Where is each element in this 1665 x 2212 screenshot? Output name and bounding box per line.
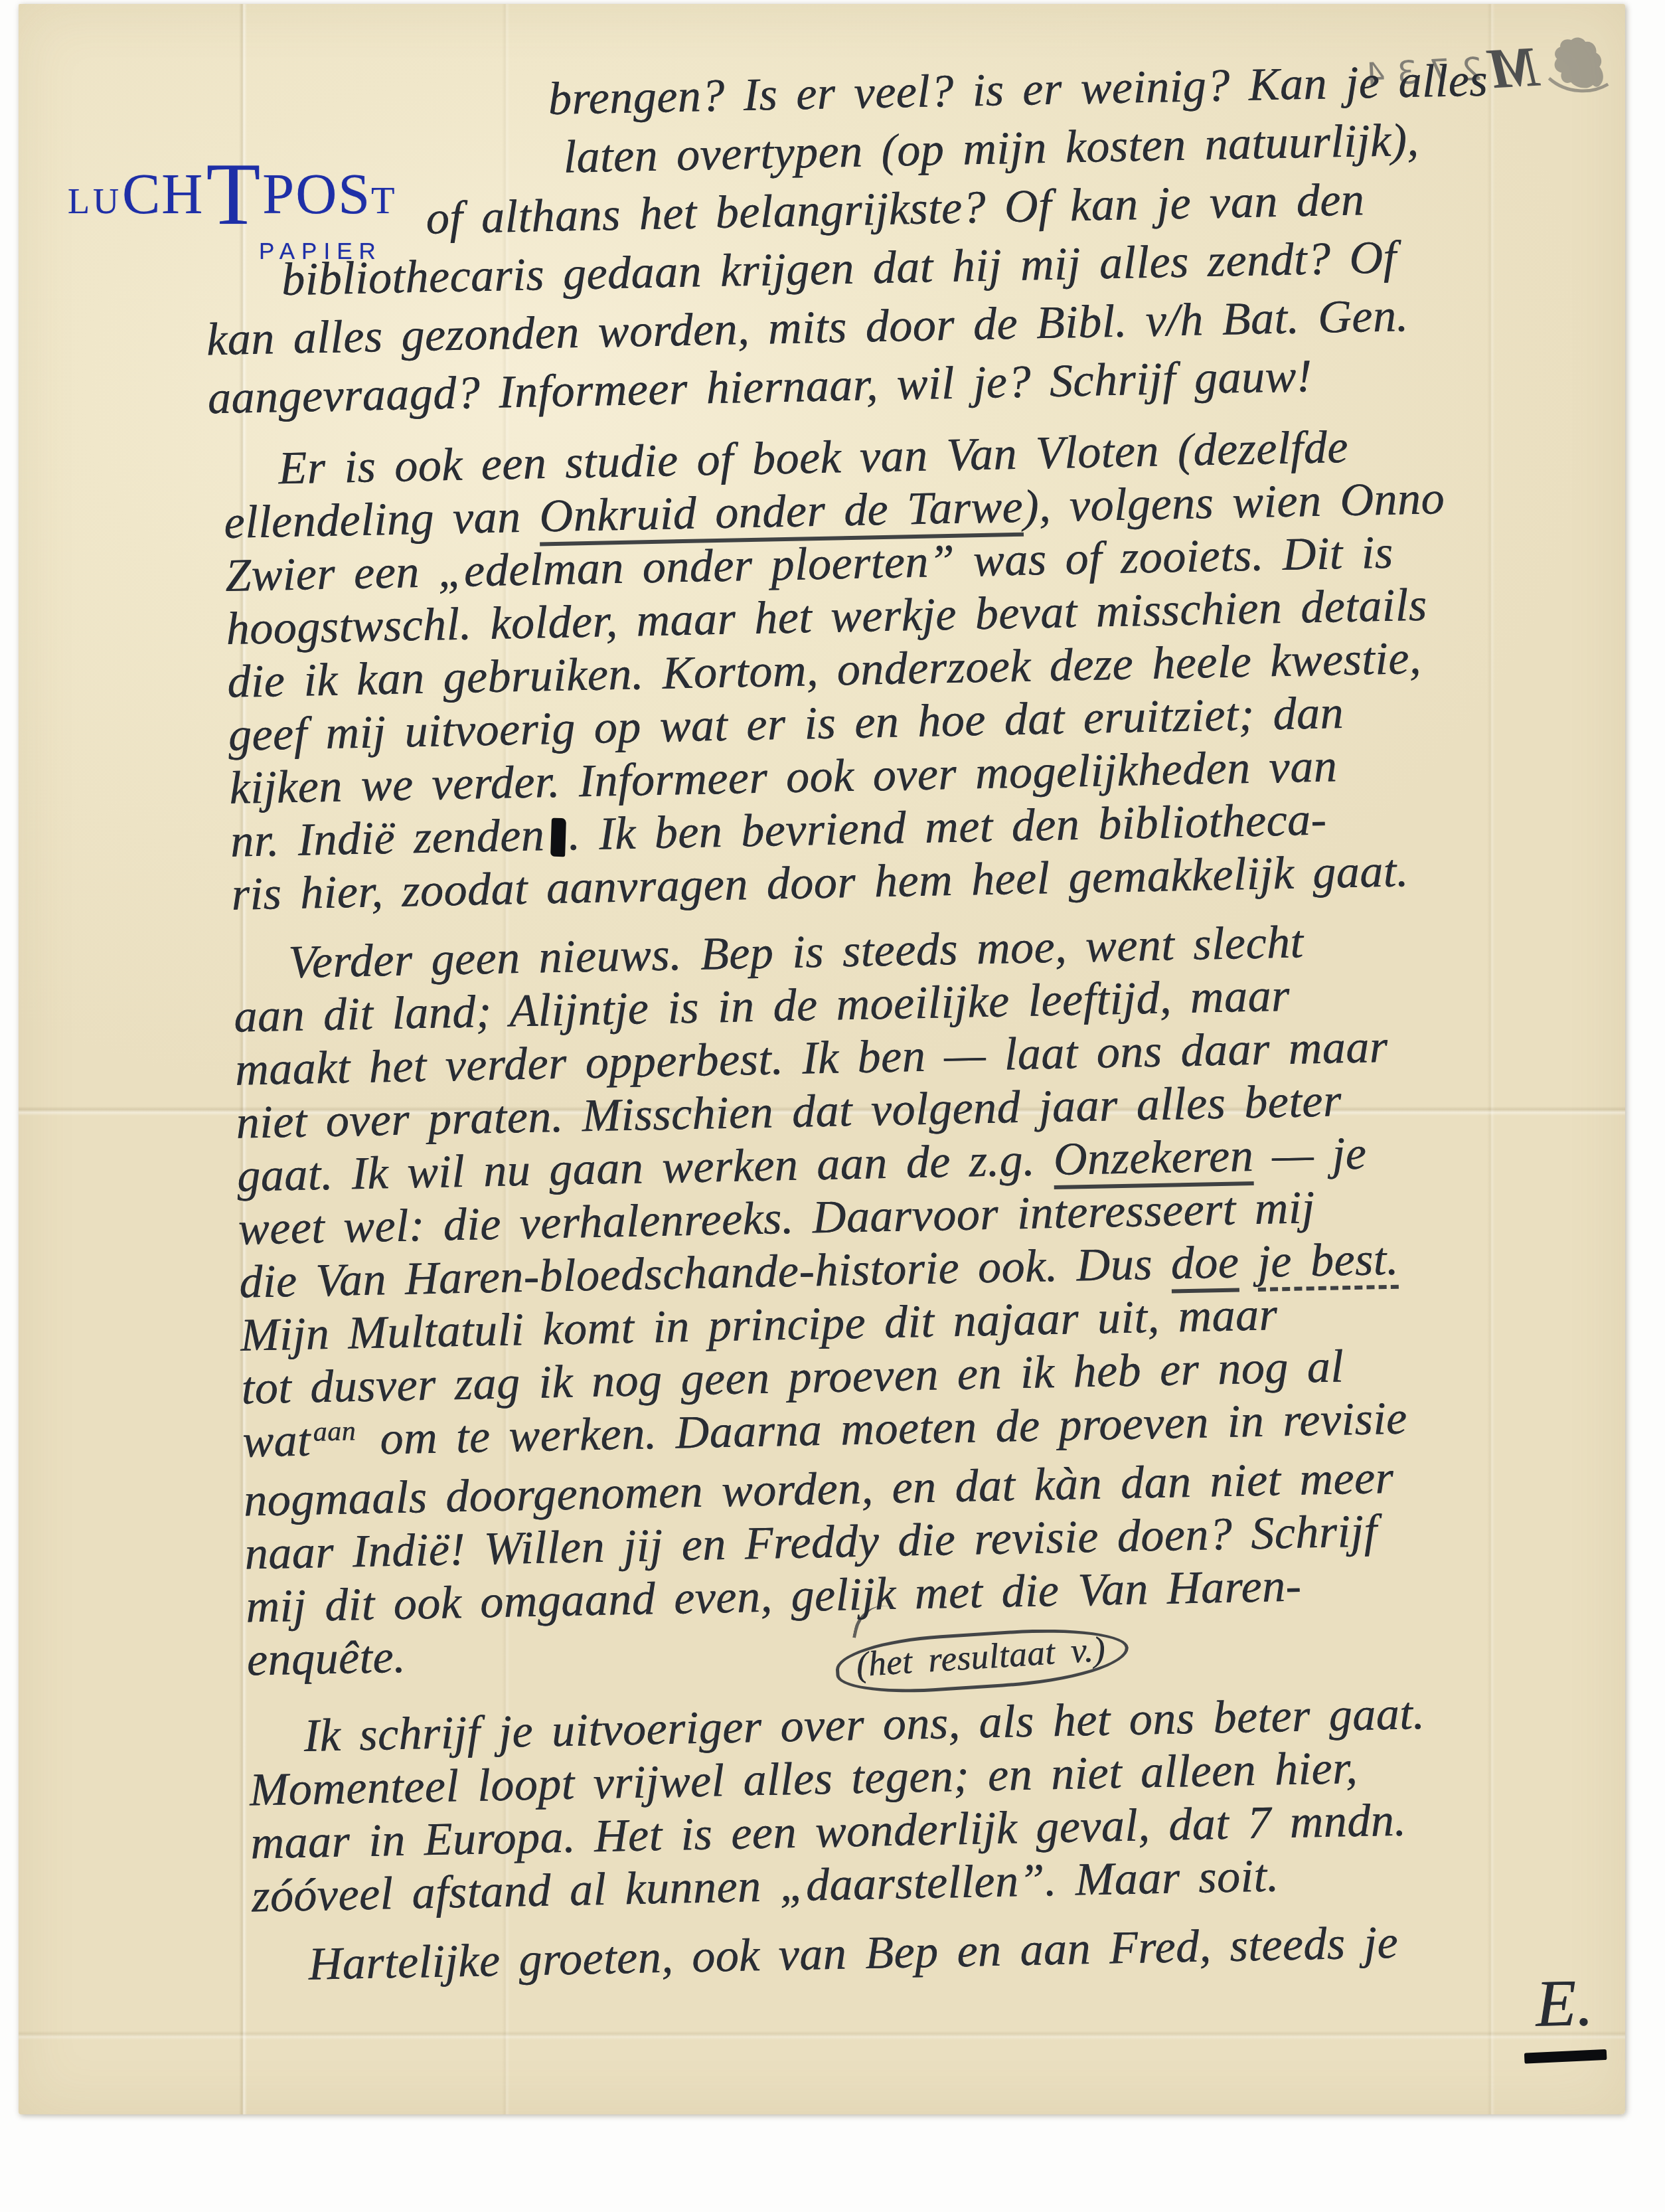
text-run: enquête. xyxy=(246,1632,406,1686)
ink-blot xyxy=(550,818,566,857)
signature-underline xyxy=(1524,2049,1607,2064)
text-run: je best. xyxy=(1257,1234,1399,1292)
text-run: doe xyxy=(1170,1236,1239,1293)
letter-paragraph: Verder geen nieuws. Bep is steeds moe, w… xyxy=(232,910,1633,1695)
text-run: Onzekeren xyxy=(1053,1130,1254,1189)
text-run: nr. Indië zenden xyxy=(230,809,545,867)
text-run: (het resultaat v.) xyxy=(834,1623,1131,1697)
signature: E. xyxy=(1535,1970,1594,2037)
signature-block: E. xyxy=(1523,1969,1607,2062)
text-run: ellendeling van xyxy=(224,491,540,549)
text-run xyxy=(1238,1236,1258,1288)
text-run: — je xyxy=(1253,1128,1367,1181)
letter-paragraph: Ik schrijf je uitvoeriger over ons, als … xyxy=(248,1683,1638,1924)
text-run: aan xyxy=(313,1404,357,1458)
text-run: ), volgens wien Onno xyxy=(1022,473,1445,533)
text-run: wat xyxy=(242,1415,311,1468)
letter-body: brengen? Is er veel? is er weinig? Kan j… xyxy=(19,48,1665,2092)
scanned-letter-page: LUCHTPOST PAPIER M 2734 brengen? Is er v… xyxy=(0,0,1665,2212)
letter-paragraph: Er is ook een studie of boek van Van Vlo… xyxy=(222,416,1618,922)
letter-paper: LUCHTPOST PAPIER M 2734 brengen? Is er v… xyxy=(19,4,1625,2114)
letter-paragraph: brengen? Is er veel? is er weinig? Kan j… xyxy=(215,49,1608,428)
